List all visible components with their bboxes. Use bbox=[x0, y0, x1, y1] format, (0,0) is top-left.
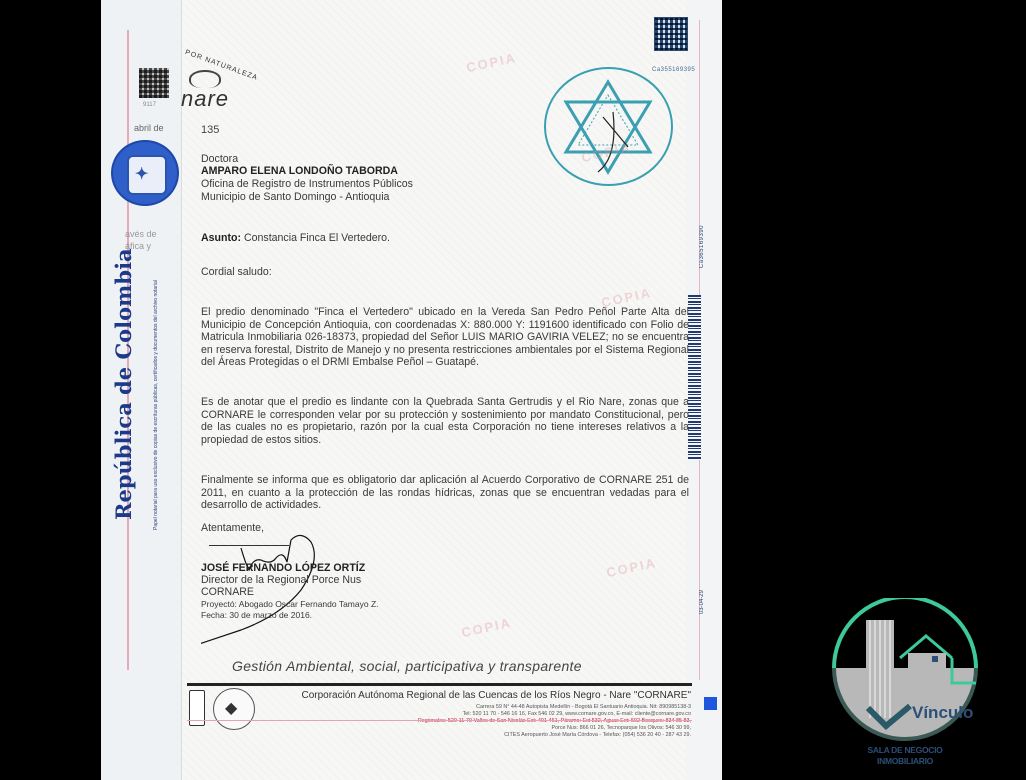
footer-address: Carrera 59 N° 44-48 Autopista Medellín -… bbox=[271, 704, 691, 710]
qr-left-number: 9117 bbox=[143, 102, 156, 108]
footer-contact: Tel: 520 11 70 - 546 16 16, Fax 546 02 2… bbox=[271, 711, 691, 717]
signatory-position: Director de la Regional Porce Nus bbox=[201, 574, 361, 587]
subject-label: Asunto: bbox=[201, 232, 241, 244]
qr-code-left bbox=[139, 68, 169, 98]
cornare-logo-word: nare bbox=[181, 86, 229, 112]
colombia-map-seal: ◆ bbox=[213, 688, 255, 730]
footer-regionales: Regionales: 520-11-70 Valles de San Nico… bbox=[271, 718, 691, 724]
paragraph-3: Finalmente se informa que es obligatorio… bbox=[201, 474, 689, 512]
svg-text:Vínculo: Vínculo bbox=[912, 703, 973, 722]
vertical-code: Ca365169390 bbox=[699, 225, 705, 268]
recipient-office: Oficina de Registro de Instrumentos Públ… bbox=[201, 178, 413, 191]
recipient-name: AMPARO ELENA LONDOÑO TABORDA bbox=[201, 165, 398, 178]
republica-de-colombia-stamp: República de Colombia bbox=[111, 250, 151, 520]
slogan: Gestión Ambiental, social, participativa… bbox=[232, 658, 582, 674]
signatory-name: JOSÉ FERNANDO LÓPEZ ORTÍZ bbox=[201, 562, 365, 575]
radicado-number: 135 bbox=[201, 124, 219, 136]
footer-pink-rule bbox=[187, 720, 692, 721]
paragraph-1: El predio denominado "Finca el Vertedero… bbox=[201, 306, 689, 369]
vinculo-tagline: SALA DE NEGOCIO INMOBILIARIO bbox=[820, 745, 990, 767]
recipient-title: Doctora bbox=[201, 153, 238, 166]
blue-marker bbox=[704, 697, 717, 710]
footer-rule bbox=[187, 683, 692, 686]
date-note: Fecha: 30 de marzo de 2016. bbox=[201, 610, 312, 620]
qr-code-right bbox=[654, 17, 688, 51]
subject-line: Asunto: Constancia Finca El Vertedero. bbox=[201, 232, 390, 245]
qr-right-code: Ca355169395 bbox=[652, 67, 695, 73]
footer-org-name: Corporación Autónoma Regional de las Cue… bbox=[301, 690, 691, 701]
vinculo-logo: Vínculo bbox=[828, 598, 982, 752]
scanned-document-page: 9117 abril de ✦ avés de áfica y Repúblic… bbox=[101, 0, 722, 780]
footer-porce: Porce Nus: 866 01 26, Tecnoparque los Ol… bbox=[271, 725, 691, 731]
recipient-municipality: Municipio de Santo Domingo - Antioquia bbox=[201, 191, 389, 204]
vertical-date: 03-04-29 bbox=[699, 590, 705, 614]
date-fragment: abril de bbox=[134, 123, 164, 133]
shield-icon: ✦ bbox=[127, 155, 167, 195]
greeting: Cordial saludo: bbox=[201, 266, 272, 279]
footer-cites: CITES Aeropuerto José María Córdova - Te… bbox=[271, 732, 691, 738]
barcode bbox=[688, 295, 701, 460]
subject-text: Constancia Finca El Vertedero. bbox=[244, 232, 390, 244]
paragraph-2: Es de anotar que el predio es lindante c… bbox=[201, 396, 689, 446]
signatory-organization: CORNARE bbox=[201, 586, 254, 599]
star-seal-stamp bbox=[544, 67, 673, 186]
star-of-david-icon bbox=[558, 77, 658, 177]
notarial-paper-note: Papel notarial para uso exclusivo de cop… bbox=[153, 200, 167, 530]
project-note: Proyectó: Abogado Oscar Fernando Tamayo … bbox=[201, 599, 379, 609]
notary-seal: ✦ bbox=[111, 140, 179, 206]
